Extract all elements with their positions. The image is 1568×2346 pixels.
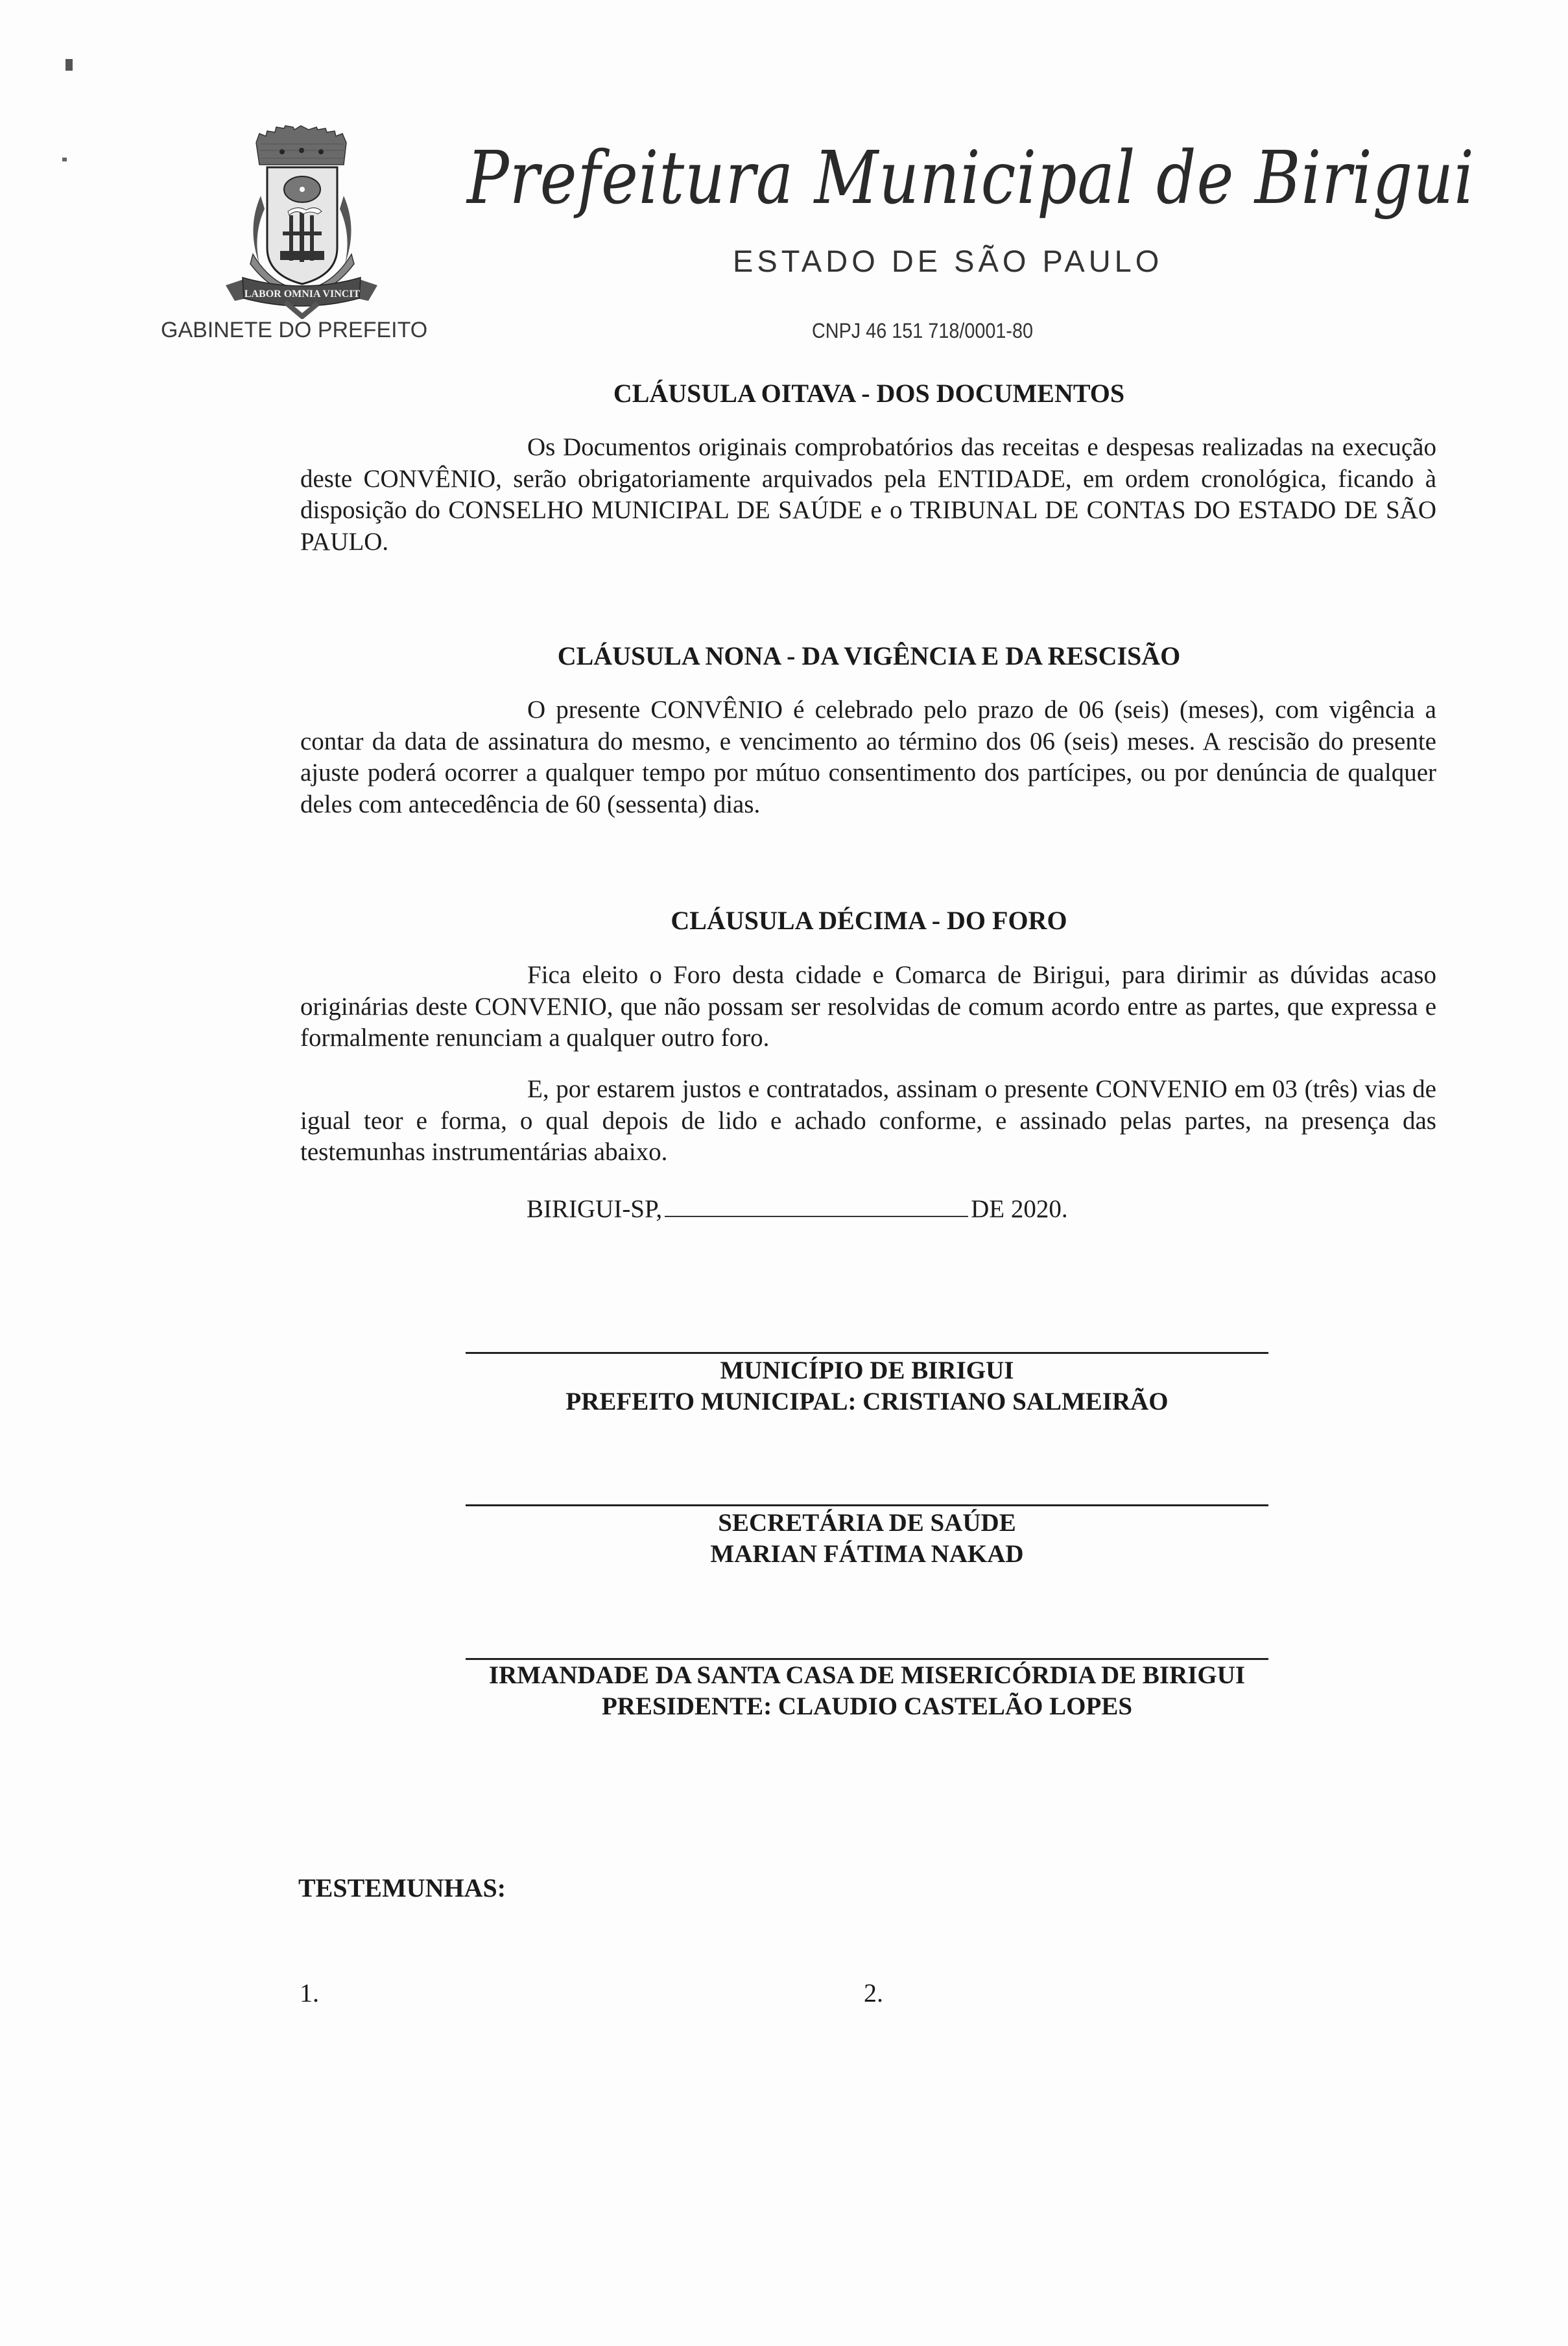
signature-title: MUNICÍPIO DE BIRIGUI (466, 1355, 1268, 1386)
signature-name: PREFEITO MUNICIPAL: CRISTIANO SALMEIRÃO (466, 1386, 1268, 1417)
date-line: BIRIGUI-SP,DE 2020. (527, 1194, 1068, 1224)
clause-8-heading: CLÁUSULA OITAVA - DOS DOCUMENTOS (0, 378, 1568, 409)
signature-title: IRMANDADE DA SANTA CASA DE MISERICÓRDIA … (466, 1660, 1268, 1691)
svg-text:LABOR OMNIA VINCIT: LABOR OMNIA VINCIT (244, 289, 361, 300)
clause-10-paragraph-2: E, por estarem justos e contratados, ass… (300, 1074, 1436, 1168)
signature-block-irmandade: IRMANDADE DA SANTA CASA DE MISERICÓRDIA … (466, 1660, 1268, 1722)
signature-name: PRESIDENTE: CLAUDIO CASTELÃO LOPES (466, 1691, 1268, 1722)
date-place: BIRIGUI-SP, (527, 1195, 662, 1223)
signature-name: MARIAN FÁTIMA NAKAD (466, 1539, 1268, 1570)
scan-mark (62, 158, 67, 161)
witness-2-number: 2. (864, 1978, 883, 2008)
clause-8-paragraph: Os Documentos originais comprobatórios d… (300, 432, 1436, 558)
clause-10-paragraph-1: Fica eleito o Foro desta cidade e Comarc… (300, 960, 1436, 1054)
scan-mark (65, 59, 73, 71)
signature-block-municipio: MUNICÍPIO DE BIRIGUI PREFEITO MUNICIPAL:… (466, 1355, 1268, 1417)
date-blank-field[interactable] (665, 1196, 968, 1217)
clause-10-heading: CLÁUSULA DÉCIMA - DO FORO (0, 905, 1568, 936)
letterhead-office: GABINETE DO PREFEITO (161, 318, 427, 343)
clause-9-paragraph: O presente CONVÊNIO é celebrado pelo pra… (300, 694, 1436, 820)
clause-9-heading: CLÁUSULA NONA - DA VIGÊNCIA E DA RESCISÃ… (0, 641, 1568, 671)
letterhead-cnpj: CNPJ 46 151 718/0001-80 (812, 319, 1033, 343)
signature-block-secretaria: SECRETÁRIA DE SAÚDE MARIAN FÁTIMA NAKAD (466, 1508, 1268, 1570)
document-page: LABOR OMNIA VINCIT Prefeitura Municipal … (0, 0, 1568, 2346)
witness-1-number: 1. (300, 1978, 319, 2008)
witnesses-title: TESTEMUNHAS: (298, 1873, 506, 1903)
signature-line-secretaria (466, 1504, 1268, 1506)
letterhead-title: Prefeitura Municipal de Birigui (467, 136, 1276, 220)
coat-of-arms-icon: LABOR OMNIA VINCIT (220, 124, 383, 319)
signature-line-municipio (466, 1352, 1268, 1354)
date-year: DE 2020. (971, 1195, 1068, 1223)
signature-title: SECRETÁRIA DE SAÚDE (466, 1508, 1268, 1539)
letterhead-state: ESTADO DE SÃO PAULO (733, 243, 1163, 279)
